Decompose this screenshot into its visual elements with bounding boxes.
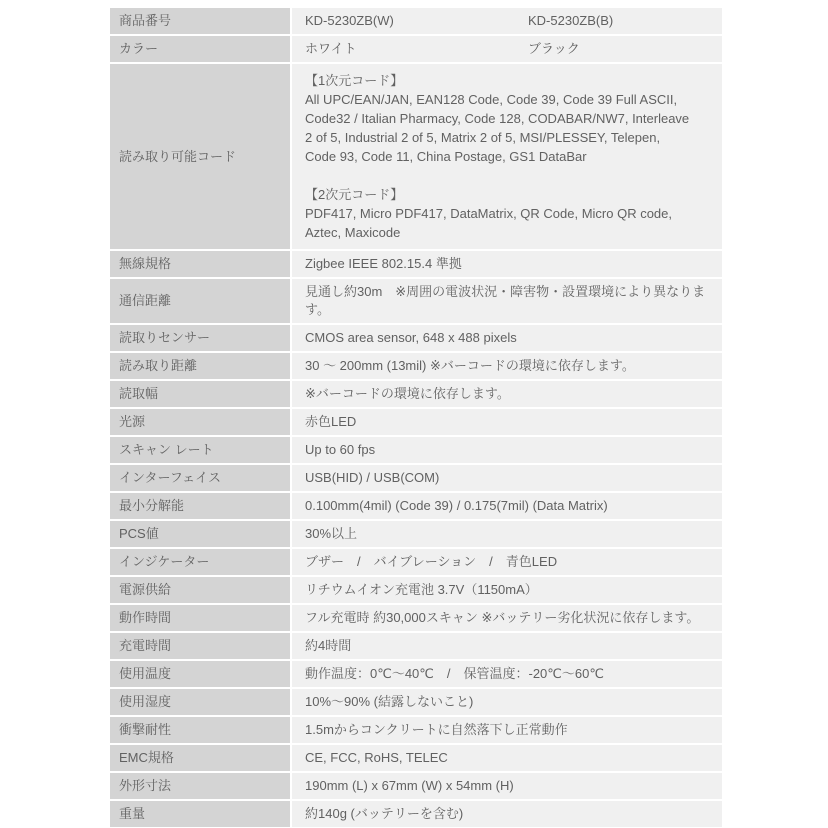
table-row: 読取りセンサーCMOS area sensor, 648 x 488 pixel… [110, 325, 722, 351]
table-row: 動作時間フル充電時 約30,000スキャン ※バッテリー劣化状況に依存します。 [110, 605, 722, 631]
spec-value: USB(HID) / USB(COM) [292, 465, 722, 491]
spec-value: フル充電時 約30,000スキャン ※バッテリー劣化状況に依存します。 [292, 605, 722, 631]
table-row: スキャン レートUp to 60 fps [110, 437, 722, 463]
spec-label: 読み取り可能コード [110, 64, 290, 249]
spec-value: 見通し約30m ※周囲の電波状況・障害物・設置環境により異なります。 [292, 279, 722, 323]
table-row: 外形寸法190mm (L) x 67mm (W) x 54mm (H) [110, 773, 722, 799]
table-row: 充電時間約4時間 [110, 633, 722, 659]
spec-value: 30%以上 [292, 521, 722, 547]
table-row: 無線規格Zigbee IEEE 802.15.4 準拠 [110, 251, 722, 277]
spec-value: 約140g (バッテリーを含む) [292, 801, 722, 827]
spec-label: 使用温度 [110, 661, 290, 687]
spec-label: 通信距離 [110, 279, 290, 323]
table-row: 電源供給リチウムイオン充電池 3.7V（1150mA） [110, 577, 722, 603]
spec-value: 10%～90% (結露しないこと) [292, 689, 722, 715]
spec-value-col1: KD-5230ZB(W) [305, 12, 528, 30]
table-row: 使用温度動作温度：0℃～40℃ / 保管温度：-20℃～60℃ [110, 661, 722, 687]
table-row: カラーホワイトブラック [110, 36, 722, 62]
spec-label: 光源 [110, 409, 290, 435]
spec-value: リチウムイオン充電池 3.7V（1150mA） [292, 577, 722, 603]
spec-value: 【1次元コード】 All UPC/EAN/JAN, EAN128 Code, C… [292, 64, 722, 249]
spec-label: 使用湿度 [110, 689, 290, 715]
table-row: 読み取り距離30 ～ 200mm (13mil) ※バーコードの環境に依存します… [110, 353, 722, 379]
spec-label: PCS値 [110, 521, 290, 547]
product-spec-page: 商品番号KD-5230ZB(W)KD-5230ZB(B)カラーホワイトブラック読… [0, 0, 828, 828]
table-row: インターフェイスUSB(HID) / USB(COM) [110, 465, 722, 491]
table-row: 衝撃耐性1.5mからコンクリートに自然落下し正常動作 [110, 717, 722, 743]
spec-value: 0.100mm(4mil) (Code 39) / 0.175(7mil) (D… [292, 493, 722, 519]
spec-value: ホワイトブラック [292, 36, 722, 62]
spec-label: カラー [110, 36, 290, 62]
spec-value: Zigbee IEEE 802.15.4 準拠 [292, 251, 722, 277]
spec-label: EMC規格 [110, 745, 290, 771]
spec-value: CE, FCC, RoHS, TELEC [292, 745, 722, 771]
table-row: 光源赤色LED [110, 409, 722, 435]
spec-value-col2: KD-5230ZB(B) [528, 12, 613, 30]
spec-value: KD-5230ZB(W)KD-5230ZB(B) [292, 8, 722, 34]
spec-value: 動作温度：0℃～40℃ / 保管温度：-20℃～60℃ [292, 661, 722, 687]
spec-label: 読取幅 [110, 381, 290, 407]
spec-label: 充電時間 [110, 633, 290, 659]
spec-value: ※バーコードの環境に依存します。 [292, 381, 722, 407]
table-row: 通信距離見通し約30m ※周囲の電波状況・障害物・設置環境により異なります。 [110, 279, 722, 323]
table-row: 読み取り可能コード【1次元コード】 All UPC/EAN/JAN, EAN12… [110, 64, 722, 249]
spec-label: 読取りセンサー [110, 325, 290, 351]
spec-label: スキャン レート [110, 437, 290, 463]
table-row: インジケーターブザー / バイブレーション / 青色LED [110, 549, 722, 575]
spec-label: 無線規格 [110, 251, 290, 277]
spec-label: インジケーター [110, 549, 290, 575]
table-row: 読取幅※バーコードの環境に依存します。 [110, 381, 722, 407]
spec-table-body: 商品番号KD-5230ZB(W)KD-5230ZB(B)カラーホワイトブラック読… [110, 8, 722, 827]
spec-label: 衝撃耐性 [110, 717, 290, 743]
table-row: EMC規格CE, FCC, RoHS, TELEC [110, 745, 722, 771]
spec-label: 商品番号 [110, 8, 290, 34]
spec-value: ブザー / バイブレーション / 青色LED [292, 549, 722, 575]
spec-value: 約4時間 [292, 633, 722, 659]
spec-value: 30 ～ 200mm (13mil) ※バーコードの環境に依存します。 [292, 353, 722, 379]
spec-label: 読み取り距離 [110, 353, 290, 379]
spec-label: 外形寸法 [110, 773, 290, 799]
spec-label: 電源供給 [110, 577, 290, 603]
table-row: 重量約140g (バッテリーを含む) [110, 801, 722, 827]
spec-label: 動作時間 [110, 605, 290, 631]
spec-table: 商品番号KD-5230ZB(W)KD-5230ZB(B)カラーホワイトブラック読… [108, 6, 724, 828]
spec-value-col1: ホワイト [305, 40, 528, 58]
table-row: 商品番号KD-5230ZB(W)KD-5230ZB(B) [110, 8, 722, 34]
spec-value: 1.5mからコンクリートに自然落下し正常動作 [292, 717, 722, 743]
table-row: 最小分解能0.100mm(4mil) (Code 39) / 0.175(7mi… [110, 493, 722, 519]
spec-value: 赤色LED [292, 409, 722, 435]
spec-value-col2: ブラック [528, 40, 580, 58]
spec-label: 最小分解能 [110, 493, 290, 519]
table-row: PCS値30%以上 [110, 521, 722, 547]
spec-value: CMOS area sensor, 648 x 488 pixels [292, 325, 722, 351]
table-row: 使用湿度10%～90% (結露しないこと) [110, 689, 722, 715]
spec-value: Up to 60 fps [292, 437, 722, 463]
spec-label: インターフェイス [110, 465, 290, 491]
spec-label: 重量 [110, 801, 290, 827]
spec-value: 190mm (L) x 67mm (W) x 54mm (H) [292, 773, 722, 799]
